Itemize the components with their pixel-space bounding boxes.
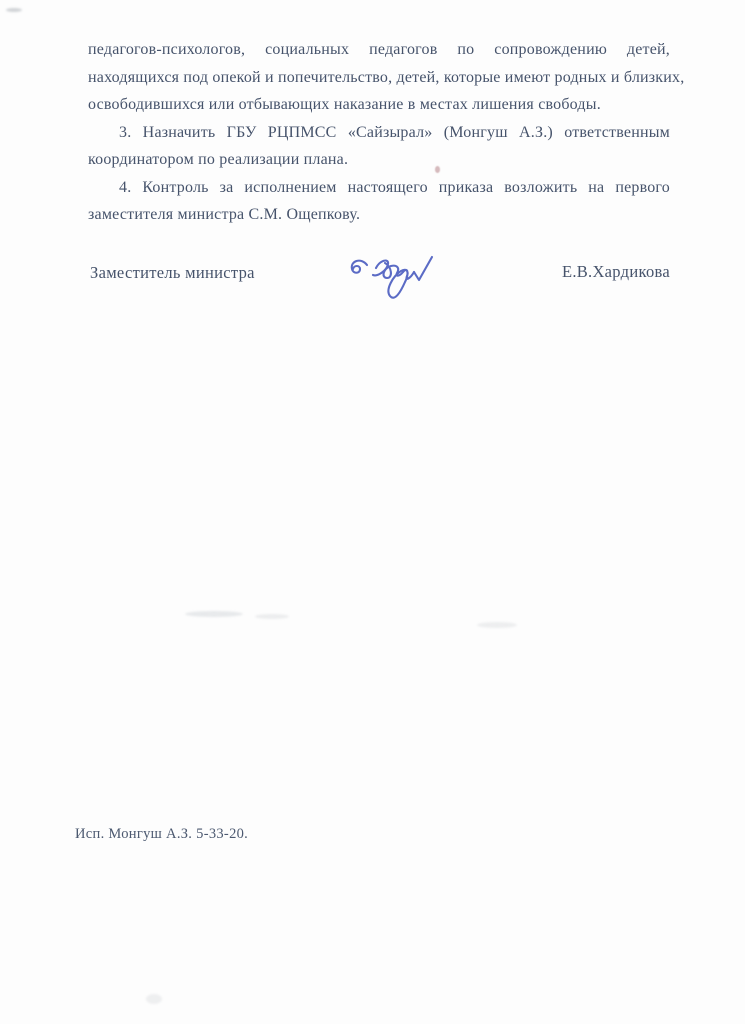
scan-artifact <box>477 622 517 628</box>
paragraph-line-item-3: 3. Назначить ГБУ РЦПМСС «Сайзырал» (Монг… <box>88 119 670 147</box>
paragraph-line: находящихся под опекой и попечительство,… <box>88 64 670 92</box>
scan-artifact <box>435 166 440 173</box>
paragraph-line: освободившихся или отбывающих наказание … <box>88 91 670 119</box>
scanned-document-page: педагогов-психологов, социальных педагог… <box>0 0 745 1024</box>
scan-artifact <box>185 611 243 617</box>
paragraph-line: заместителя министра С.М. Ощепкову. <box>88 201 670 229</box>
scan-artifact <box>146 994 162 1004</box>
scan-artifact <box>6 8 22 12</box>
paragraph-line: педагогов-психологов, социальных педагог… <box>88 36 670 64</box>
signatory-position-label: Заместитель министра <box>90 263 255 283</box>
scan-artifact <box>255 614 289 619</box>
paragraph-line-item-4: 4. Контроль за исполнением настоящего пр… <box>88 174 670 202</box>
order-body-text: педагогов-психологов, социальных педагог… <box>88 36 670 229</box>
executor-reference: Исп. Монгуш А.З. 5-33-20. <box>75 826 248 843</box>
signatory-name: Е.В.Хардикова <box>562 262 670 282</box>
paragraph-line: координатором по реализации плана. <box>88 146 670 174</box>
handwritten-signature-icon <box>343 244 455 322</box>
